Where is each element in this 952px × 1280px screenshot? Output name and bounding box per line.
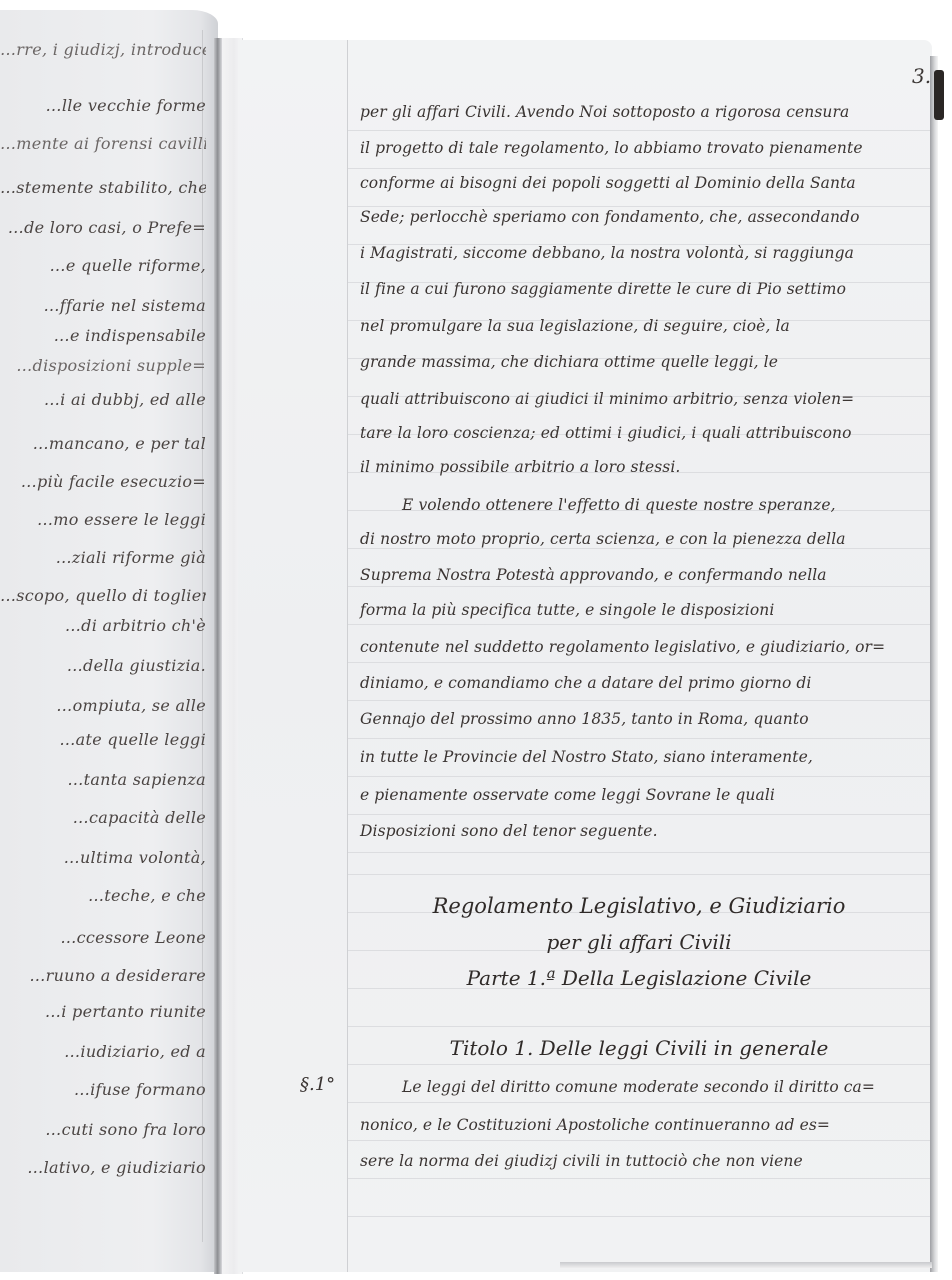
text-line: Sede; perlocchè speriamo con fondamento,… [360,208,930,226]
ruled-line [348,1102,930,1103]
left-line: …ziali riforme già [0,548,206,567]
left-line: …i pertanto riunite [0,1002,206,1021]
left-line: …stemente stabilito, che [0,178,206,197]
left-line: …mancano, e per tal [0,434,206,453]
left-line: …ifuse formano [0,1080,206,1099]
section-mark: §.1° [300,1074,335,1095]
ruled-line [348,1178,930,1179]
text-line: i Magistrati, siccome debbano, la nostra… [360,244,930,262]
text-line: Suprema Nostra Potestà approvando, e con… [360,566,930,584]
left-line: …ompiuta, se alle [0,696,206,715]
left-line: …cuti sono fra loro [0,1120,206,1139]
left-line: …de loro casi, o Prefe= [0,218,206,237]
ruled-line [348,814,930,815]
binding-tab [934,70,944,120]
left-line: …di arbitrio ch'è [0,616,206,635]
text-line: nel promulgare la sua legislazione, di s… [360,317,930,335]
left-line: …ate quelle leggi [0,730,206,749]
ruled-line [348,874,930,875]
right-margin-rule [347,40,348,1272]
left-line: …lativo, e giudiziario [0,1158,206,1177]
left-line: …più facile esecuzio= [0,472,206,491]
text-line: sere la norma dei giudizj civili in tutt… [360,1152,930,1170]
left-line: …ffarie nel sistema [0,296,206,315]
ruled-line [348,662,930,663]
text-line: Gennajo del prossimo anno 1835, tanto in… [360,710,930,728]
document-subtitle: per gli affari Civili [348,930,930,954]
left-line: …ruuno a desiderare [0,966,206,985]
left-line: …mo essere le leggi [0,510,206,529]
left-line: …mente ai forensi cavilli. [0,134,206,153]
ruled-line [348,852,930,853]
left-line: …scopo, quello di togliere [0,586,206,605]
text-line: il progetto di tale regolamento, lo abbi… [360,139,930,157]
page-fore-edge [930,56,938,1272]
title-heading: Titolo 1. Delle leggi Civili in generale [348,1036,930,1060]
left-line: …e quelle riforme, [0,256,206,275]
part-heading: Parte 1.ª Della Legislazione Civile [348,966,930,990]
left-line: …rre, i giudizj, introducendo [0,40,206,59]
left-line: …disposizioni supple= [0,356,206,375]
left-line: …capacità delle [0,808,206,827]
left-page: …rre, i giudizj, introducendo …lle vecch… [0,10,218,1272]
text-line: Le leggi del diritto comune moderate sec… [360,1078,930,1096]
ruled-line [348,168,930,169]
document-title: Regolamento Legislativo, e Giudiziario [348,894,930,918]
ruled-line [348,548,930,549]
left-line: …della giustizia. [0,656,206,675]
text-line: il fine a cui furono saggiamente dirette… [360,280,930,298]
text-line: tare la loro coscienza; ed ottimi i giud… [360,424,930,442]
ruled-line [348,206,930,207]
ruled-line [348,1140,930,1141]
ruled-line [348,624,930,625]
ruled-line [348,130,930,131]
book-gutter [214,38,222,1274]
text-line: diniamo, e comandiamo che a datare del p… [360,674,930,692]
text-line: forma la più specifica tutte, e singole … [360,601,930,619]
text-line: e pienamente osservate come leggi Sovran… [360,786,930,804]
left-line: …tanta sapienza [0,770,206,789]
text-line: Disposizioni sono del tenor seguente. [360,822,930,840]
text-line: contenute nel suddetto regolamento legis… [360,638,930,656]
page-bottom-edge [560,1262,932,1268]
text-line: E volendo ottenere l'effetto di queste n… [360,496,930,514]
left-line: …ccessore Leone [0,928,206,947]
text-line: di nostro moto proprio, certa scienza, e… [360,530,930,548]
ruled-line [348,586,930,587]
text-line: per gli affari Civili. Avendo Noi sottop… [360,103,930,121]
text-line: in tutte le Provincie del Nostro Stato, … [360,748,930,766]
text-line: conforme ai bisogni dei popoli soggetti … [360,174,930,192]
text-line: grande massima, che dichiara ottime quel… [360,353,930,371]
ruled-line [348,776,930,777]
ruled-line [348,700,930,701]
left-line: …ultima volontà, [0,848,206,867]
ruled-line [348,1026,930,1027]
left-line: …lle vecchie forme [0,96,206,115]
left-line: …iudiziario, ed a [0,1042,206,1061]
page-number: 3. [912,64,931,88]
ruled-line [348,1216,930,1217]
text-line: quali attribuiscono ai giudici il minimo… [360,390,930,408]
ruled-line [348,1064,930,1065]
left-line: …i ai dubbj, ed alle [0,390,206,409]
text-line: nonico, e le Costituzioni Apostoliche co… [360,1116,930,1134]
text-line: il minimo possibile arbitrio a loro stes… [360,458,930,476]
left-line: …teche, e che [0,886,206,905]
ruled-line [348,738,930,739]
left-line: …e indispensabile [0,326,206,345]
